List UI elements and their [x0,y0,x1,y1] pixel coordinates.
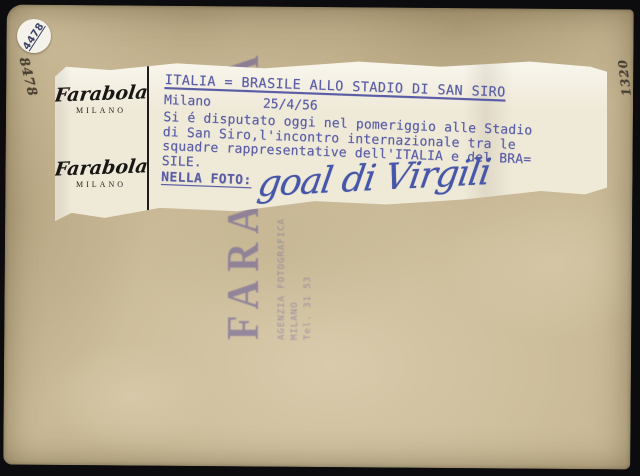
dateline-date: 25/4/56 [263,97,318,114]
agency-logo-city: MILANO [55,106,147,115]
agency-logo-bottom: Farabola MILANO [55,158,147,189]
dateline-city: Milano [164,93,211,110]
agency-logo-name: Farabola [54,156,149,179]
agency-logo-top: Farabola MILANO [55,84,147,115]
photo-back-scan: 4478 8478 1320 FARABOLA AGENZIA FOTOGRAF… [0,0,640,476]
agency-logo-name: Farabola [54,82,149,105]
agency-logo-city: MILANO [55,180,147,189]
archive-sticker: 4478 [17,19,51,53]
archive-sticker-number: 4478 [21,20,46,51]
